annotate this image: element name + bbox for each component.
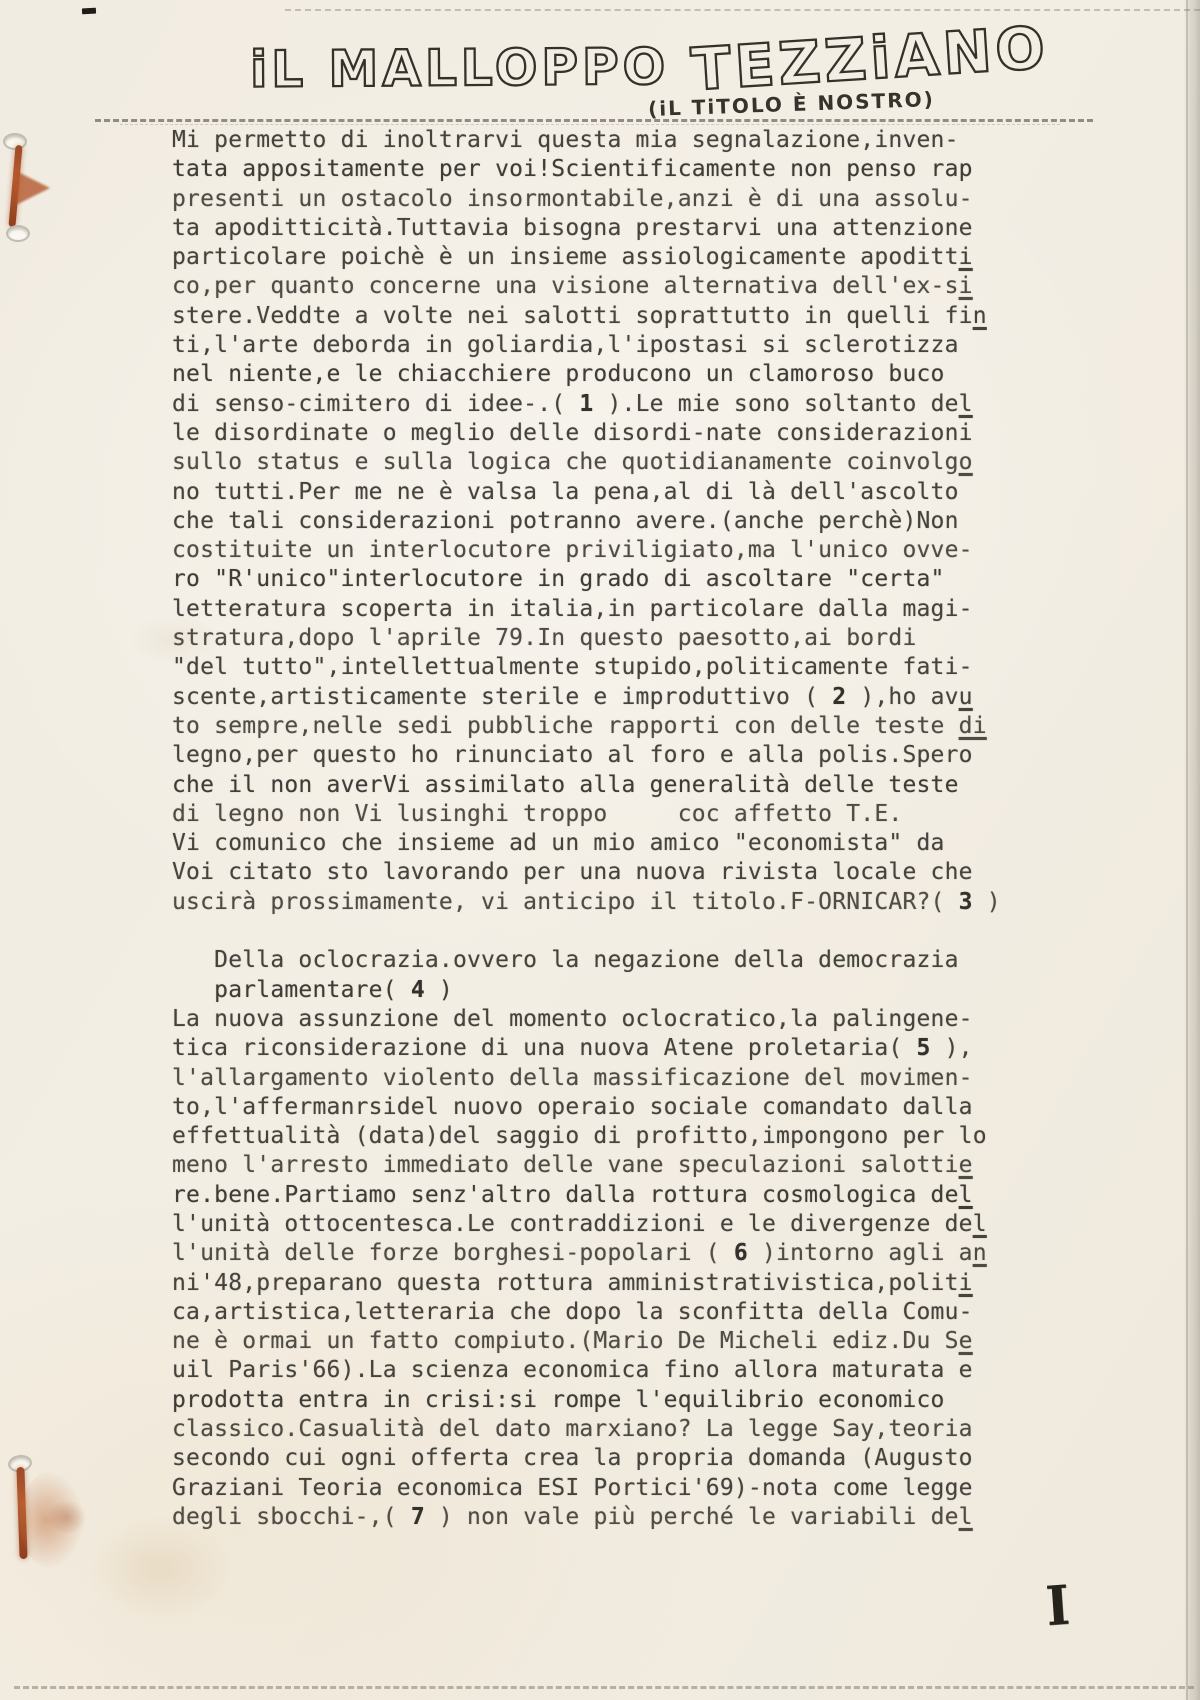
text-line: stere.Veddte a volte nei salotti sopratt… — [172, 302, 1002, 331]
text-line: le disordinate o meglio delle disordi-na… — [172, 419, 1002, 448]
text-line: degli sbocchi-,( 7 ) non vale più perché… — [172, 1503, 1002, 1532]
scan-top-mark — [82, 8, 96, 15]
text-line: letteratura scoperta in italia,in partic… — [172, 595, 1002, 624]
text-line: tata appositamente per voi!Scientificame… — [172, 155, 1002, 184]
text-line: parlamentare( 4 ) — [172, 976, 1002, 1005]
rust-stain — [16, 171, 50, 205]
text-line: presenti un ostacolo insormontabile,anzi… — [172, 185, 1002, 214]
text-line: l'unità ottocentesca.Le contraddizioni e… — [172, 1210, 1002, 1239]
page-number: I — [1044, 1573, 1072, 1638]
text-line: classico.Casualità del dato marxiano? La… — [172, 1415, 1002, 1444]
scan-top-edge — [285, 9, 1200, 11]
text-line: La nuova assunzione del momento oclocrat… — [172, 1005, 1002, 1034]
typewritten-text: Mi permetto di inoltrarvi questa mia seg… — [172, 126, 1002, 1532]
text-line: to sempre,nelle sedi pubbliche rapporti … — [172, 712, 1002, 741]
text-line: costituite un interlocutore priviligiato… — [172, 536, 1002, 565]
text-line: stratura,dopo l'aprile 79.In questo paes… — [172, 624, 1002, 653]
text-line: legno,per questo ho rinunciato al foro e… — [172, 741, 1002, 770]
text-line: ni'48,preparano questa rottura amministr… — [172, 1269, 1002, 1298]
document-page: iL MALLOPPO TEZZiANO (iL TiTOLO È NOSTRO… — [0, 0, 1200, 1700]
text-line: effettualità (data)del saggio di profitt… — [172, 1122, 1002, 1151]
text-line: che tali considerazioni potranno avere.(… — [172, 507, 1002, 536]
text-line: meno l'arresto immediato delle vane spec… — [172, 1151, 1002, 1180]
text-line: che il non averVi assimilato alla genera… — [172, 771, 1002, 800]
rusty-staple-bottom — [2, 1455, 97, 1580]
title-word: iL MALLOPPO — [250, 38, 670, 99]
scan-right-edge-line — [1186, 0, 1188, 1700]
text-line: l'unità delle forze borghesi-popolari ( … — [172, 1239, 1002, 1268]
text-line: uscirà prossimamente, vi anticipo il tit… — [172, 888, 1002, 917]
text-line: nel niente,e le chiacchiere producono un… — [172, 360, 1002, 389]
text-line: ta apoditticità.Tuttavia bisogna prestar… — [172, 214, 1002, 243]
text-line: prodotta entra in crisi:si rompe l'equil… — [172, 1386, 1002, 1415]
masthead-divider — [95, 119, 1093, 122]
text-line: di senso-cimitero di idee-.( 1 ).Le mie … — [172, 390, 1002, 419]
text-line: ro "R'unico"interlocutore in grado di as… — [172, 565, 1002, 594]
text-line — [172, 917, 1002, 946]
text-line: Voi citato sto lavorando per una nuova r… — [172, 858, 1002, 887]
scan-bottom-edge — [14, 1686, 1194, 1689]
text-line: particolare poichè è un insieme assiolog… — [172, 243, 1002, 272]
staple-hole — [6, 225, 30, 242]
text-line: no tutti.Per me ne è valsa la pena,al di… — [172, 478, 1002, 507]
text-line: re.bene.Partiamo senz'altro dalla rottur… — [172, 1181, 1002, 1210]
text-line: co,per quanto concerne una visione alter… — [172, 272, 1002, 301]
masthead-divider-faint — [120, 124, 1060, 125]
text-line: scente,artisticamente sterile e improdut… — [172, 683, 1002, 712]
text-line: ti,l'arte deborda in goliardia,l'ipostas… — [172, 331, 1002, 360]
text-line: l'allargamento violento della massificaz… — [172, 1064, 1002, 1093]
text-line: sullo status e sulla logica che quotidia… — [172, 448, 1002, 477]
text-line: secondo cui ogni offerta crea la propria… — [172, 1444, 1002, 1473]
rust-stain — [47, 1500, 87, 1535]
text-line: Mi permetto di inoltrarvi questa mia seg… — [172, 126, 1002, 155]
text-line: tica riconsiderazione di una nuova Atene… — [172, 1034, 1002, 1063]
rusty-staple-top — [0, 133, 70, 248]
text-line: ca,artistica,letteraria che dopo la scon… — [172, 1298, 1002, 1327]
text-line: uil Paris'66).La scienza economica fino … — [172, 1356, 1002, 1385]
text-line: Vi comunico che insieme ad un mio amico … — [172, 829, 1002, 858]
text-line: to,l'affermanrsidel nuovo operaio social… — [172, 1093, 1002, 1122]
text-line: di legno non Vi lusinghi troppo coc affe… — [172, 800, 1002, 829]
text-line: Graziani Teoria economica ESI Portici'69… — [172, 1474, 1002, 1503]
text-line: "del tutto",intellettualmente stupido,po… — [172, 653, 1002, 682]
text-line: ne è ormai un fatto compiuto.(Mario De M… — [172, 1327, 1002, 1356]
text-line: Della oclocrazia.ovvero la negazione del… — [172, 946, 1002, 975]
